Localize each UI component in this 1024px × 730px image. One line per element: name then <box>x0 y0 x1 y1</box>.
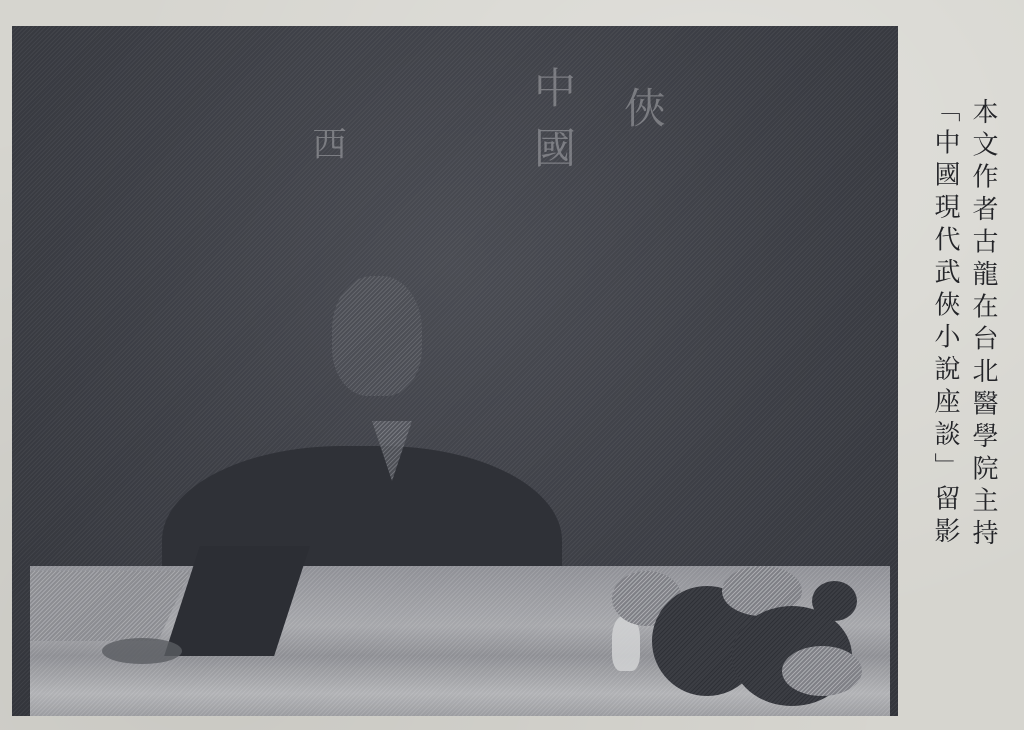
person-hand <box>102 638 182 664</box>
chalk-char: 西 <box>306 126 346 178</box>
flower <box>782 646 862 696</box>
chalk-writing: 中國 <box>522 66 582 186</box>
person-head <box>332 276 422 396</box>
caption-line: 「中國現代武俠小說座談」留影 <box>932 96 958 552</box>
scanned-page: 中國 俠 西 本文作者古龍在台北醫學院主持 「中國現代武俠小說座談」留影 <box>0 0 1024 730</box>
flower-bouquet <box>612 566 872 716</box>
chalk-char: 國 <box>528 126 577 186</box>
photograph: 中國 俠 西 <box>12 26 898 716</box>
flower <box>812 581 857 621</box>
photo-caption: 本文作者古龍在台北醫學院主持 「中國現代武俠小說座談」留影 <box>932 98 996 552</box>
chalk-char: 俠 <box>618 86 667 146</box>
chalk-writing: 俠 <box>612 86 672 146</box>
caption-line: 本文作者古龍在台北醫學院主持 <box>970 98 996 552</box>
chalk-writing: 西 <box>302 126 351 178</box>
chalk-char: 中 <box>528 66 577 126</box>
